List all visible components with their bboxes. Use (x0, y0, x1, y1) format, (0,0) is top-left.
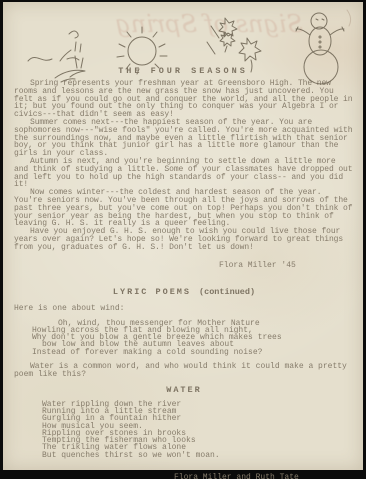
water-poem-title: WATER (14, 385, 354, 395)
byline-flora-miller-ruth-tate: Flora Miller and Ruth Tate (174, 473, 354, 479)
paragraph-autumn: Autumn is next, and you're beginning to … (14, 158, 354, 189)
paragraph-winter: Now comes winter---the coldest and harde… (14, 189, 354, 228)
byline-flora-miller: Flora Miller '45 (219, 261, 354, 270)
four-seasons-article: Spring represents your freshman year at … (14, 80, 354, 270)
paragraph-closing: Have you enjoyed G. H. S. enough to wish… (14, 228, 354, 251)
water-poem: Water rippling down the river Running in… (42, 401, 354, 459)
lyric-poems-heading-suffix: (continued) (199, 287, 255, 297)
season-illustrations: THE FOUR SEASONS (3, 2, 363, 80)
wind-poem-intro: Here is one about wind: (14, 305, 354, 313)
article-title: THE FOUR SEASONS (3, 66, 363, 76)
paper-page: Signs of Spring (3, 2, 363, 470)
wind-poem-line: Instead of forever making a cold soundin… (32, 349, 354, 356)
spring-doodle-sketch (25, 28, 115, 86)
scanned-document: { "page": { "title": "THE FOUR SEASONS",… (0, 0, 366, 479)
paragraph-summer: Summer comes next---the happiest season … (14, 119, 354, 158)
wind-poem: Oh, wind, thou messenger for Mother Natu… (32, 320, 354, 356)
lyric-poems-heading-text: LYRIC POEMS (113, 287, 191, 297)
water-poem-line: But quenches thirst so we won't moan. (42, 452, 354, 459)
water-poem-intro: Water is a common word, and who would th… (14, 363, 354, 379)
lyric-poems-heading: LYRIC POEMS(continued) (14, 287, 354, 297)
lyric-poems-section: LYRIC POEMS(continued) Here is one about… (14, 287, 354, 479)
